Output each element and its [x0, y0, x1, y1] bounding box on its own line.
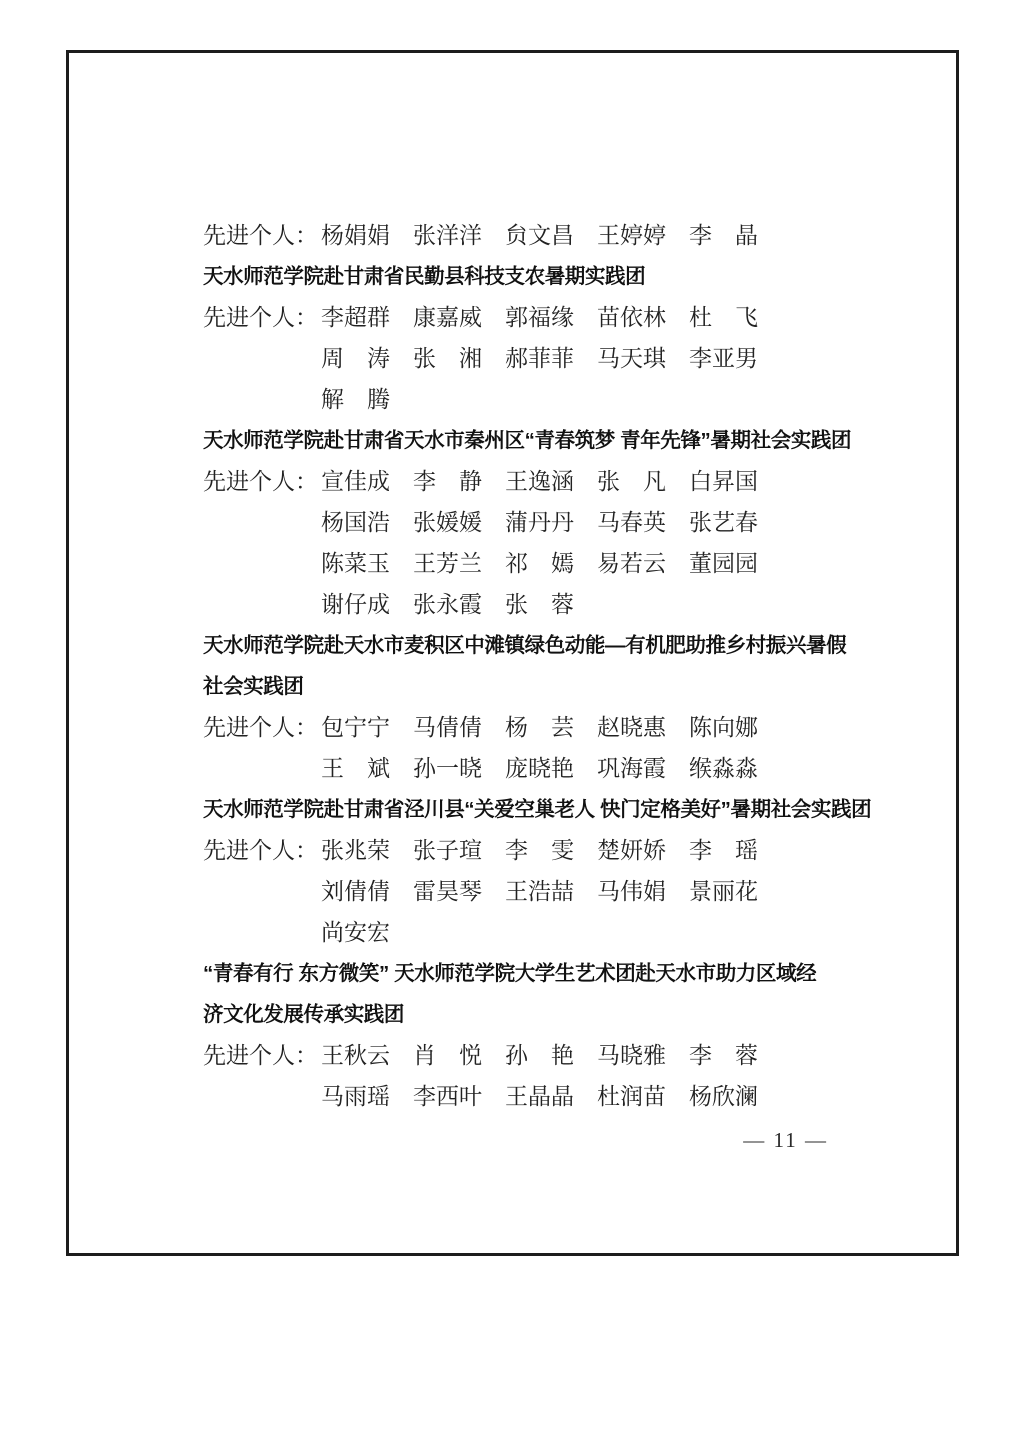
- page-border: 先进个人： 杨娟娟 张洋洋 贠文昌 王婷婷 李 晶 天水师范学院赴甘肃省民勤县科…: [66, 50, 959, 1256]
- name-line: 杨国浩 张媛媛 蒲丹丹 马春英 张艺春: [321, 502, 758, 543]
- name-line: 谢仔成 张永霞 张 蓉: [321, 584, 758, 625]
- name-line: 马雨瑶 李西叶 王晶晶 杜润苗 杨欣澜: [321, 1076, 758, 1117]
- name-line: 尚安宏: [321, 912, 758, 953]
- advanced-individuals-label: 先进个人：: [203, 215, 321, 256]
- name-line: 包宁宁 马倩倩 杨 芸 赵晓惠 陈向娜: [321, 707, 758, 748]
- name-line: 宣佳成 李 静 王逸涵 张 凡 白昇国: [321, 461, 758, 502]
- advanced-individuals-row: 先进个人： 包宁宁 马倩倩 杨 芸 赵晓惠 陈向娜 王 斌 孙一晓 庞晓艳 巩海…: [203, 707, 883, 789]
- advanced-individuals-label: 先进个人：: [203, 297, 321, 338]
- team-heading: 天水师范学院赴甘肃省泾川县“关爱空巢老人 快门定格美好”暑期社会实践团: [203, 789, 883, 830]
- advanced-individuals-row: 先进个人： 张兆荣 张子瑄 李 雯 楚妍娇 李 瑶 刘倩倩 雷昊琴 王浩喆 马伟…: [203, 830, 883, 953]
- team-heading-continued: 社会实践团: [203, 666, 883, 707]
- document-page: 先进个人： 杨娟娟 张洋洋 贠文昌 王婷婷 李 晶 天水师范学院赴甘肃省民勤县科…: [0, 0, 1024, 1448]
- page-number: — 11 —: [743, 1128, 828, 1153]
- name-line: 杨娟娟 张洋洋 贠文昌 王婷婷 李 晶: [321, 215, 758, 256]
- names-column: 宣佳成 李 静 王逸涵 张 凡 白昇国 杨国浩 张媛媛 蒲丹丹 马春英 张艺春 …: [321, 461, 758, 625]
- page-content: 先进个人： 杨娟娟 张洋洋 贠文昌 王婷婷 李 晶 天水师范学院赴甘肃省民勤县科…: [203, 215, 883, 1117]
- name-line: 刘倩倩 雷昊琴 王浩喆 马伟娟 景丽花: [321, 871, 758, 912]
- advanced-individuals-row: 先进个人： 宣佳成 李 静 王逸涵 张 凡 白昇国 杨国浩 张媛媛 蒲丹丹 马春…: [203, 461, 883, 625]
- advanced-individuals-label: 先进个人：: [203, 830, 321, 871]
- names-column: 张兆荣 张子瑄 李 雯 楚妍娇 李 瑶 刘倩倩 雷昊琴 王浩喆 马伟娟 景丽花 …: [321, 830, 758, 953]
- name-line: 解 腾: [321, 379, 758, 420]
- advanced-individuals-row: 先进个人： 李超群 康嘉威 郭福缘 苗依林 杜 飞 周 涛 张 湘 郝菲菲 马天…: [203, 297, 883, 420]
- name-line: 李超群 康嘉威 郭福缘 苗依林 杜 飞: [321, 297, 758, 338]
- advanced-individuals-label: 先进个人：: [203, 707, 321, 748]
- team-heading: 天水师范学院赴甘肃省天水市秦州区“青春筑梦 青年先锋”暑期社会实践团: [203, 420, 883, 461]
- name-line: 陈菜玉 王芳兰 祁 嫣 易若云 董园园: [321, 543, 758, 584]
- name-line: 张兆荣 张子瑄 李 雯 楚妍娇 李 瑶: [321, 830, 758, 871]
- team-heading: 天水师范学院赴甘肃省民勤县科技支农暑期实践团: [203, 256, 883, 297]
- names-column: 李超群 康嘉威 郭福缘 苗依林 杜 飞 周 涛 张 湘 郝菲菲 马天琪 李亚男 …: [321, 297, 758, 420]
- team-heading: “青春有行 东方微笑” 天水师范学院大学生艺术团赴天水市助力区域经: [203, 953, 883, 994]
- advanced-individuals-row: 先进个人： 王秋云 肖 悦 孙 艳 马晓雅 李 蓉 马雨瑶 李西叶 王晶晶 杜润…: [203, 1035, 883, 1117]
- name-line: 王秋云 肖 悦 孙 艳 马晓雅 李 蓉: [321, 1035, 758, 1076]
- advanced-individuals-row: 先进个人： 杨娟娟 张洋洋 贠文昌 王婷婷 李 晶: [203, 215, 883, 256]
- names-column: 杨娟娟 张洋洋 贠文昌 王婷婷 李 晶: [321, 215, 758, 256]
- advanced-individuals-label: 先进个人：: [203, 461, 321, 502]
- advanced-individuals-label: 先进个人：: [203, 1035, 321, 1076]
- names-column: 包宁宁 马倩倩 杨 芸 赵晓惠 陈向娜 王 斌 孙一晓 庞晓艳 巩海霞 缑淼淼: [321, 707, 758, 789]
- names-column: 王秋云 肖 悦 孙 艳 马晓雅 李 蓉 马雨瑶 李西叶 王晶晶 杜润苗 杨欣澜: [321, 1035, 758, 1117]
- team-heading: 天水师范学院赴天水市麦积区中滩镇绿色动能—有机肥助推乡村振兴暑假: [203, 625, 883, 666]
- team-heading-continued: 济文化发展传承实践团: [203, 994, 883, 1035]
- name-line: 王 斌 孙一晓 庞晓艳 巩海霞 缑淼淼: [321, 748, 758, 789]
- name-line: 周 涛 张 湘 郝菲菲 马天琪 李亚男: [321, 338, 758, 379]
